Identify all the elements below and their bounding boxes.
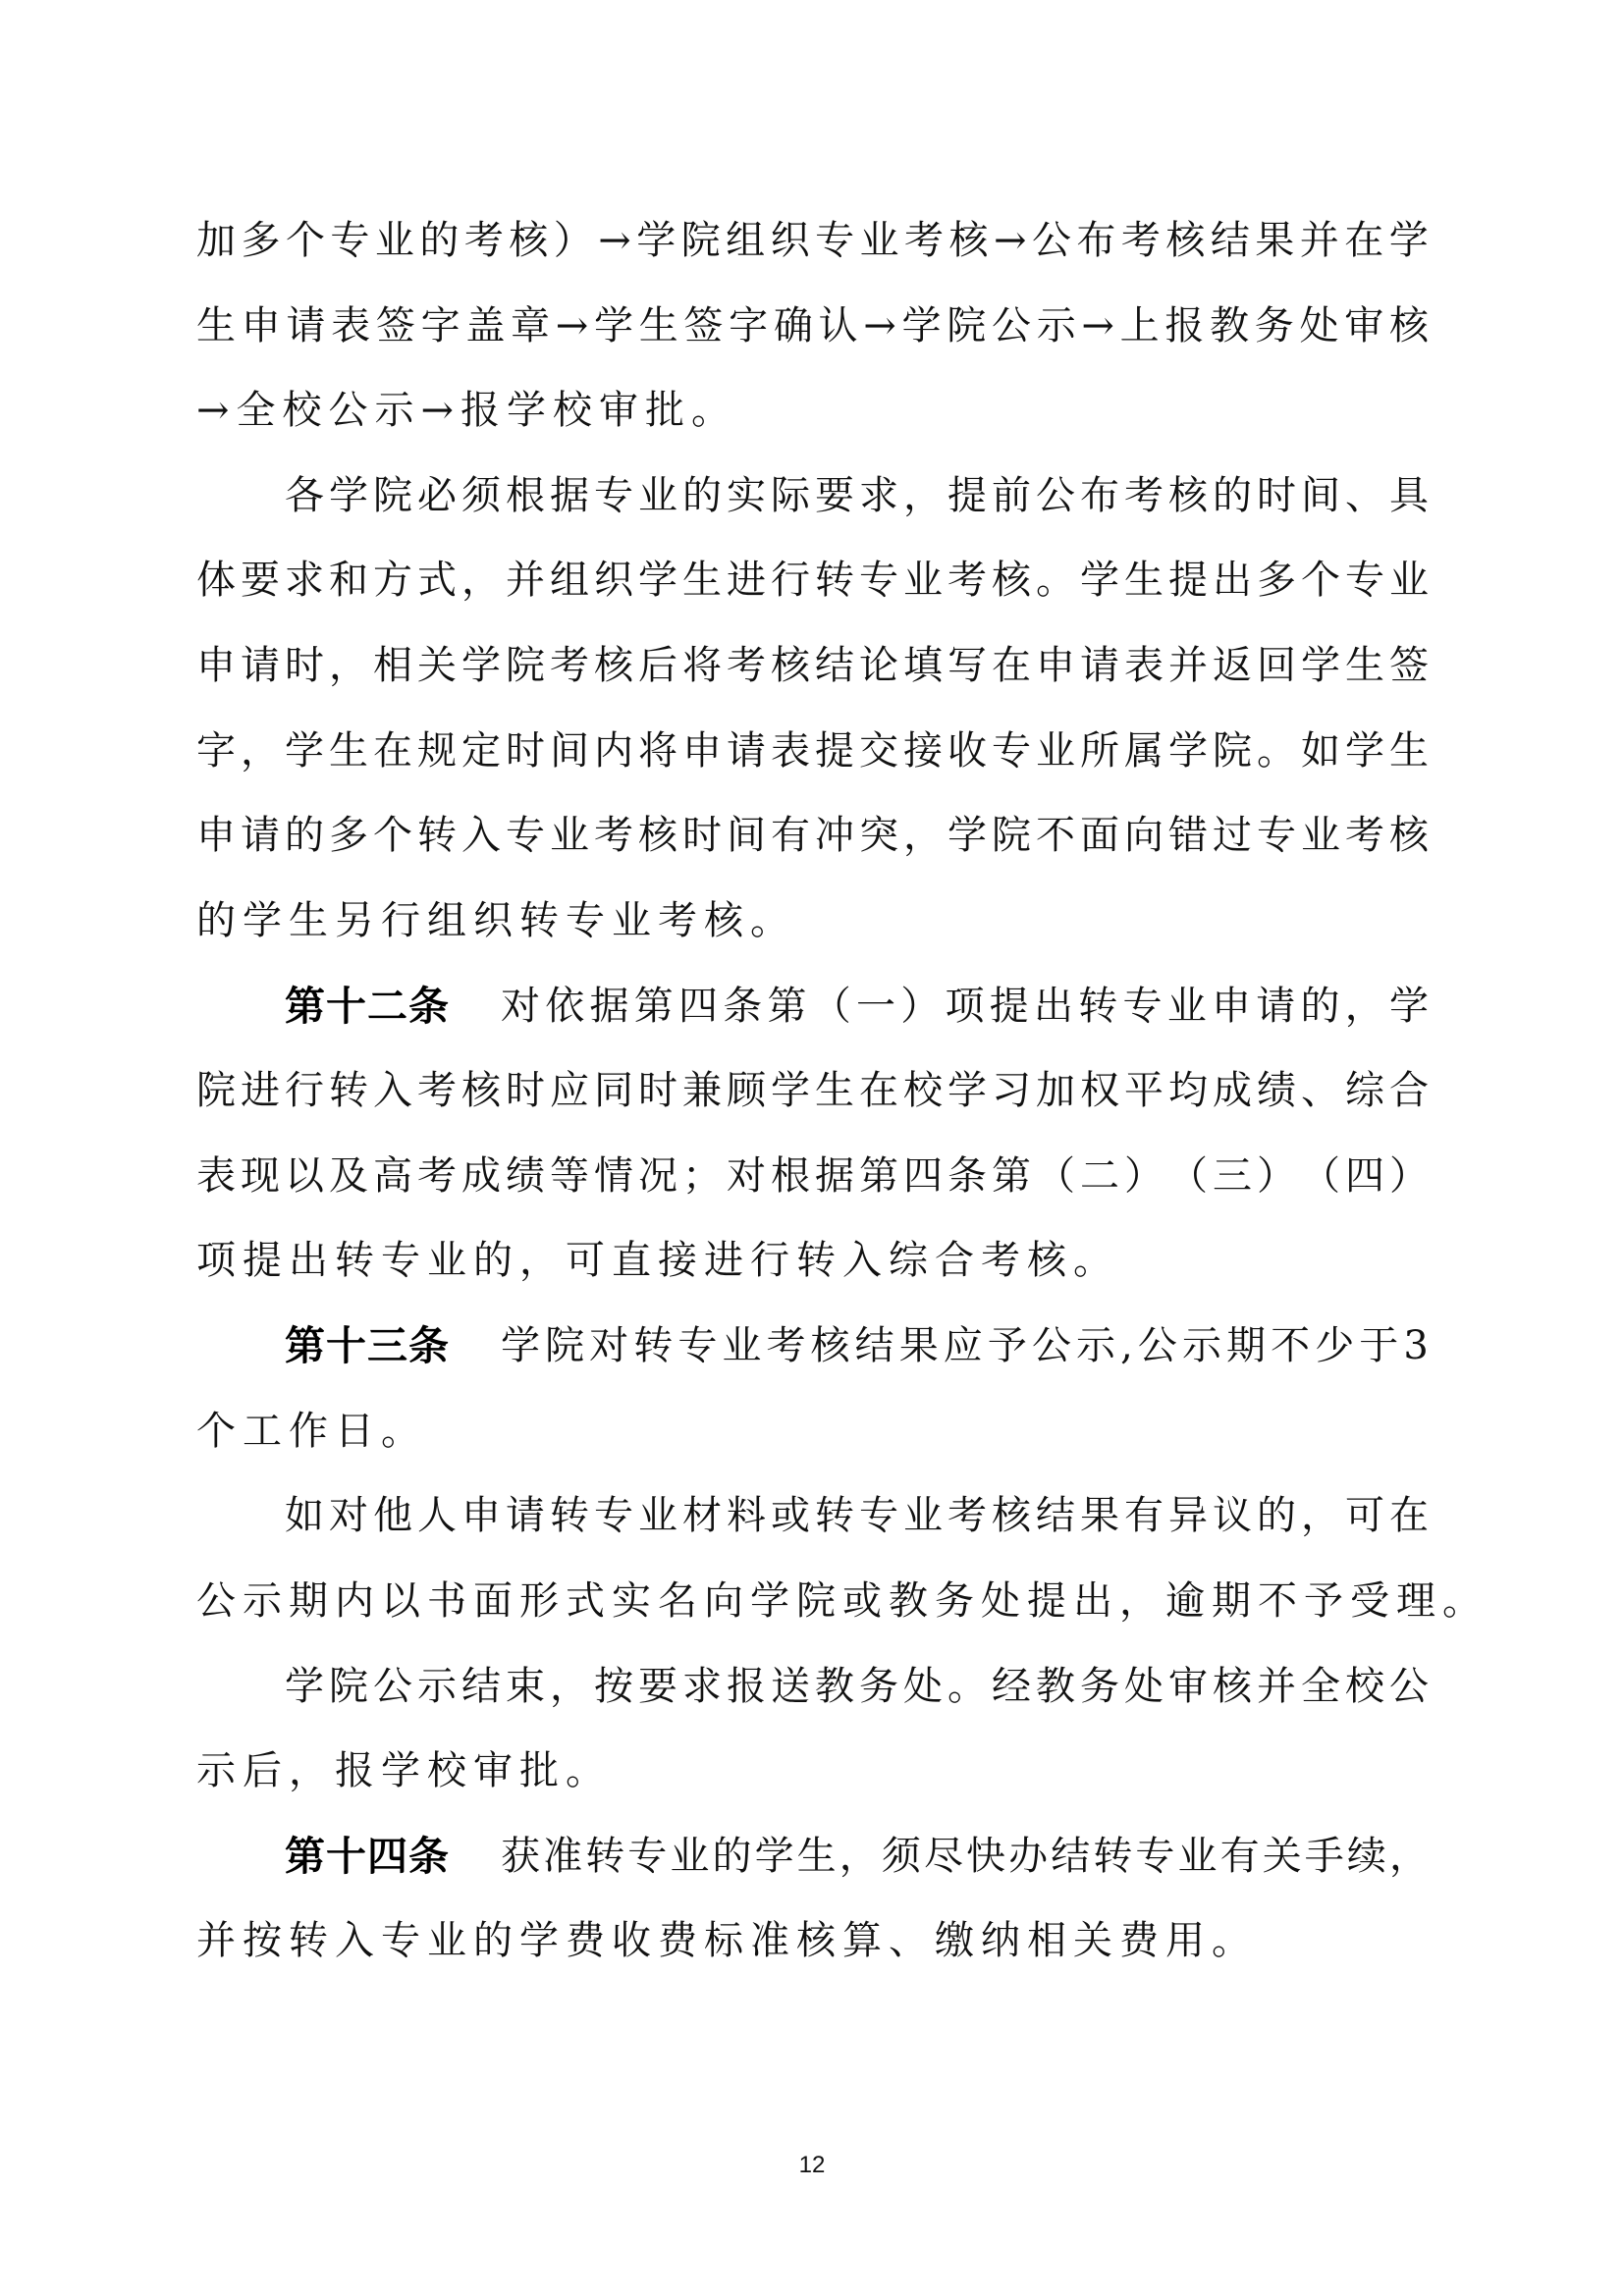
- line-text: 项提出转专业的，可直接进行转入综合考核。: [196, 1231, 1112, 1290]
- text-line: 学院公示结束，按要求报送教务处。经教务处审核并全校公: [285, 1657, 1429, 1716]
- line-text: 字，学生在规定时间内将申请表提交接收专业所属学院。如学生: [196, 721, 1429, 780]
- text-line: 院进行转入考核时应同时兼顾学生在校学习加权平均成绩、综合: [196, 1061, 1429, 1120]
- article-14-first-line: 第十四条 获准转专业的学生，须尽快办结转专业有关手续，: [285, 1827, 1429, 1886]
- line-text: 并按转入专业的学费收费标准核算、缴纳相关费用。: [196, 1911, 1251, 1970]
- text-line: 生申请表签字盖章→学生签字确认→学院公示→上报教务处审核: [196, 296, 1429, 355]
- line-text: 表现以及高考成绩等情况；对根据第四条第（二）（三）（四）: [196, 1147, 1429, 1205]
- article-13-first-line: 第十三条 学院对转专业考核结果应予公示,公示期不少于3: [285, 1316, 1429, 1375]
- line-text: 各学院必须根据专业的实际要求，提前公布考核的时间、具: [285, 466, 1429, 525]
- text-line: 项提出转专业的，可直接进行转入综合考核。: [196, 1231, 1429, 1290]
- text-line: 公示期内以书面形式实名向学院或教务处提出，逾期不予受理。: [196, 1572, 1429, 1630]
- line-text: 个工作日。: [196, 1402, 420, 1461]
- text-line: 并按转入专业的学费收费标准核算、缴纳相关费用。: [196, 1911, 1429, 1970]
- line-text: 学院公示结束，按要求报送教务处。经教务处审核并全校公: [285, 1657, 1429, 1716]
- text-line: 申请的多个转入专业考核时间有冲突，学院不面向错过专业考核: [196, 806, 1429, 865]
- page-number: 12: [785, 2152, 839, 2179]
- line-text: 申请时，相关学院考核后将考核结论填写在申请表并返回学生签: [196, 636, 1429, 695]
- line-text: →全校公示→报学校审批。: [196, 381, 731, 440]
- document-page: 加多个专业的考核）→学院组织专业考核→公布考核结果并在学 生申请表签字盖章→学生…: [0, 0, 1624, 2296]
- line-text: 体要求和方式，并组织学生进行转专业考核。学生提出多个专业: [196, 551, 1429, 610]
- line-text: 公示期内以书面形式实名向学院或教务处提出，逾期不予受理。: [196, 1572, 1482, 1630]
- article-heading: 第十四条: [285, 1827, 450, 1886]
- line-text: 示后，报学校审批。: [196, 1741, 605, 1800]
- line-text: 如对他人申请转专业材料或转专业考核结果有异议的，可在: [285, 1486, 1429, 1545]
- text-line: 体要求和方式，并组织学生进行转专业考核。学生提出多个专业: [196, 551, 1429, 610]
- text-line: 加多个专业的考核）→学院组织专业考核→公布考核结果并在学: [196, 211, 1429, 270]
- line-text: 对依据第四条第（一）项提出转专业申请的，学: [501, 977, 1429, 1036]
- text-line: 示后，报学校审批。: [196, 1741, 1429, 1800]
- line-text: 获准转专业的学生，须尽快办结转专业有关手续，: [501, 1827, 1429, 1886]
- article-12-first-line: 第十二条 对依据第四条第（一）项提出转专业申请的，学: [285, 977, 1429, 1036]
- text-line: 个工作日。: [196, 1402, 1429, 1461]
- article-heading: 第十三条: [285, 1316, 450, 1375]
- line-text: 申请的多个转入专业考核时间有冲突，学院不面向错过专业考核: [196, 806, 1429, 865]
- line-text: 学院对转专业考核结果应予公示,公示期不少于3: [501, 1316, 1429, 1375]
- line-text: 加多个专业的考核）→学院组织专业考核→公布考核结果并在学: [196, 211, 1429, 270]
- line-text: 院进行转入考核时应同时兼顾学生在校学习加权平均成绩、综合: [196, 1061, 1429, 1120]
- text-line: →全校公示→报学校审批。: [196, 381, 1429, 440]
- text-line: 表现以及高考成绩等情况；对根据第四条第（二）（三）（四）: [196, 1147, 1429, 1205]
- text-line: 各学院必须根据专业的实际要求，提前公布考核的时间、具: [285, 466, 1429, 525]
- text-line: 申请时，相关学院考核后将考核结论填写在申请表并返回学生签: [196, 636, 1429, 695]
- article-heading: 第十二条: [285, 977, 450, 1036]
- text-line: 字，学生在规定时间内将申请表提交接收专业所属学院。如学生: [196, 721, 1429, 780]
- text-line: 如对他人申请转专业材料或转专业考核结果有异议的，可在: [285, 1486, 1429, 1545]
- line-text: 生申请表签字盖章→学生签字确认→学院公示→上报教务处审核: [196, 296, 1429, 355]
- text-line: 的学生另行组织转专业考核。: [196, 891, 1429, 950]
- line-text: 的学生另行组织转专业考核。: [196, 891, 789, 950]
